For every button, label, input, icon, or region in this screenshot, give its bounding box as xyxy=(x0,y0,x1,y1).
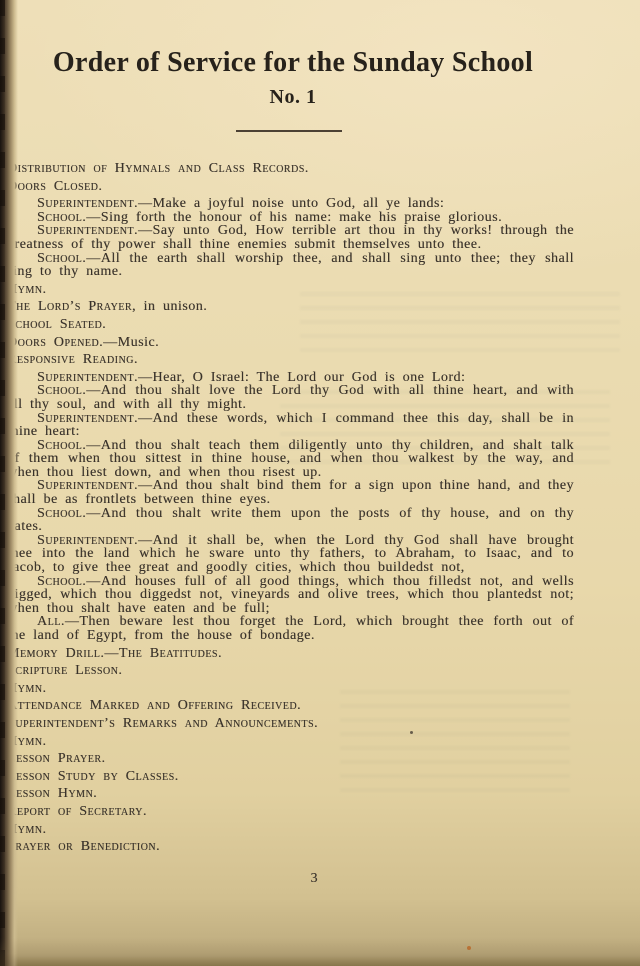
service-item: Doors Opened.—Music. xyxy=(7,336,574,350)
page-subtitle: No. 1 xyxy=(10,86,576,109)
service-item: Report of Secretary. xyxy=(7,805,574,819)
dialogue-line: School.—Sing forth the honour of his nam… xyxy=(7,211,574,225)
binding-stitch-marks xyxy=(0,0,5,966)
service-item: Memory Drill.—The Beatitudes. xyxy=(7,647,574,661)
service-item-label: Doors Opened. xyxy=(7,335,103,350)
service-item-label: Lesson Hymn. xyxy=(7,786,97,801)
service-item: Hymn. xyxy=(7,735,574,749)
dialogue-line: School.—And thou shalt love the Lord thy… xyxy=(7,384,574,411)
service-item: Doors Closed. xyxy=(7,180,574,194)
dialogue-line: School.—And thou shalt write them upon t… xyxy=(7,507,574,534)
dialogue-line: Superintendent.—And thou shalt bind them… xyxy=(7,479,574,506)
dialogue-text: —And houses full of all good things, whi… xyxy=(7,574,574,616)
dialogue-line: Superintendent.—Hear, O Israel: The Lord… xyxy=(7,371,574,385)
dialogue-text: —All the earth shall worship thee, and s… xyxy=(7,251,574,280)
dialogue-text: —And thou shalt write them upon the post… xyxy=(7,506,574,535)
service-item: Responsive Reading. xyxy=(7,353,574,367)
service-item: Hymn. xyxy=(7,283,574,297)
service-item: Lesson Study by Classes. xyxy=(7,770,574,784)
service-item-label: Lesson Prayer. xyxy=(7,751,106,766)
dialogue-line: All.—Then beware lest thou forget the Lo… xyxy=(7,615,574,642)
service-item-label: Lesson Study by Classes. xyxy=(7,769,179,784)
service-item-label: Doors Closed. xyxy=(7,179,102,194)
service-item-text: —Music. xyxy=(103,335,159,350)
service-item-label: Distribution of Hymnals and Class Record… xyxy=(7,161,309,176)
dialogue-line: School.—And thou shalt teach them dilige… xyxy=(7,439,574,480)
speaker-label: School. xyxy=(37,506,86,521)
dialogue-text: —Then beware lest thou forget the Lord, … xyxy=(7,614,574,643)
scanned-book-page: Order of Service for the Sunday School N… xyxy=(0,0,640,966)
masthead: Order of Service for the Sunday School N… xyxy=(10,46,576,109)
dialogue-line: School.—And houses full of all good thin… xyxy=(7,575,574,616)
dialogue-line: Superintendent.—And these words, which I… xyxy=(7,412,574,439)
page-bottom-shadow xyxy=(0,938,640,966)
service-item: Attendance Marked and Offering Received. xyxy=(7,699,574,713)
service-item-label: Responsive Reading. xyxy=(7,352,138,367)
dialogue-line: School.—All the earth shall worship thee… xyxy=(7,252,574,279)
service-item: Superintendent’s Remarks and Announcemen… xyxy=(7,717,574,731)
service-item-label: Prayer or Benediction. xyxy=(7,839,160,854)
service-item: Scripture Lesson. xyxy=(7,664,574,678)
page-title: Order of Service for the Sunday School xyxy=(10,46,576,80)
page-number: 3 xyxy=(0,871,628,887)
dialogue-line: Superintendent.—Say unto God, How terrib… xyxy=(7,224,574,251)
divider-rule xyxy=(236,130,342,132)
dialogue-line: Superintendent.—Make a joyful noise unto… xyxy=(7,197,574,211)
ink-speck xyxy=(410,731,413,734)
service-item-label: Scripture Lesson. xyxy=(7,663,122,678)
service-item-label: School Seated. xyxy=(7,317,106,332)
service-item-label: The Lord’s Prayer xyxy=(7,299,132,314)
dialogue-text: —And thou shalt teach them diligently un… xyxy=(7,438,574,480)
service-item-label: Superintendent’s Remarks and Announcemen… xyxy=(7,716,318,731)
service-item: Distribution of Hymnals and Class Record… xyxy=(7,162,574,176)
service-item-text: , in unison. xyxy=(132,299,207,314)
service-item: Lesson Prayer. xyxy=(7,752,574,766)
service-item: Prayer or Benediction. xyxy=(7,840,574,854)
service-item: School Seated. xyxy=(7,318,574,332)
service-item-label: Attendance Marked and Offering Received. xyxy=(7,698,301,713)
service-item-label: Memory Drill.—The Beatitudes. xyxy=(7,646,222,661)
order-of-service-list: Distribution of Hymnals and Class Record… xyxy=(7,158,574,858)
dialogue-line: Superintendent.—And it shall be, when th… xyxy=(7,534,574,575)
service-item-label: Report of Secretary. xyxy=(7,804,147,819)
service-item: The Lord’s Prayer, in unison. xyxy=(7,300,574,314)
service-item: Hymn. xyxy=(7,682,574,696)
service-item: Hymn. xyxy=(7,823,574,837)
service-item: Lesson Hymn. xyxy=(7,787,574,801)
dialogue-text: —And thou shalt love the Lord thy God wi… xyxy=(7,383,574,412)
